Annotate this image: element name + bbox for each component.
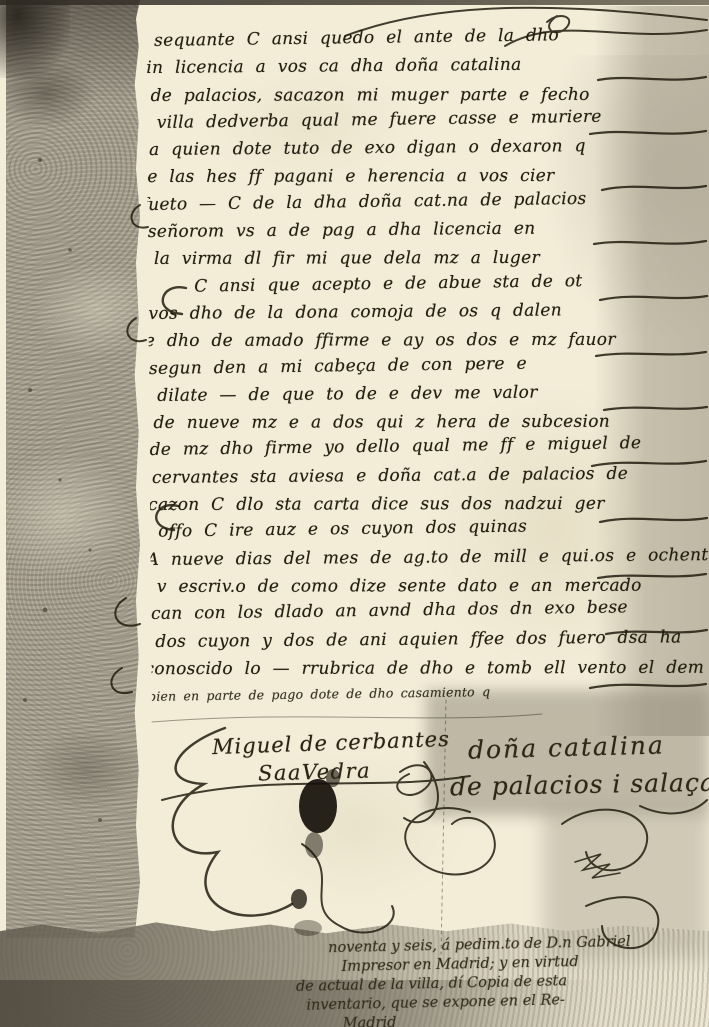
manuscript-line: señorom vs a de pag a dha licencia en [148, 214, 709, 246]
signature-miguel-cervantes-line1: Miguel de cerbantes [212, 727, 451, 759]
manuscript-line: a quien dote tuto de exo digan o dexaron… [149, 132, 709, 164]
archival-footer-note: noventa y seis, á pedim.to de D.n Gabrie… [293, 931, 709, 1027]
ink-blot [291, 769, 340, 936]
top-left-dark-corner [0, 0, 70, 78]
manuscript-line: dilate — de que to de e dev me valor [157, 378, 709, 410]
left-binding-band [6, 0, 140, 938]
signature-miguel-cervantes-line2: SaaVedra [258, 759, 372, 786]
manuscript-line: in licencia a vos ca dha doña catalina [146, 50, 709, 82]
manuscript-line: dos cuyon y dos de ani aquien ffee dos f… [155, 624, 709, 656]
top-edge-shadow [0, 0, 709, 5]
manuscript-body: sequante C ansi quedo el ante de la dho … [146, 23, 709, 720]
manuscript-line: de mz dho firme yo dello qual me ff e mi… [150, 430, 709, 465]
manuscript-line: vos dho de la dona comoja de os q dalen [148, 296, 709, 328]
manuscript-page: sequante C ansi quedo el ante de la dho … [0, 0, 709, 1027]
manuscript-line: cervantes sta aviesa e doña cat.a de pal… [152, 460, 709, 492]
signature-catalina-palacios-line1: doña catalina [468, 730, 666, 764]
signature-catalina-palacios-line2: de palacios i salaça [450, 768, 709, 802]
manuscript-line: A nueve dias del mes de ag.to de mill e … [147, 542, 709, 574]
